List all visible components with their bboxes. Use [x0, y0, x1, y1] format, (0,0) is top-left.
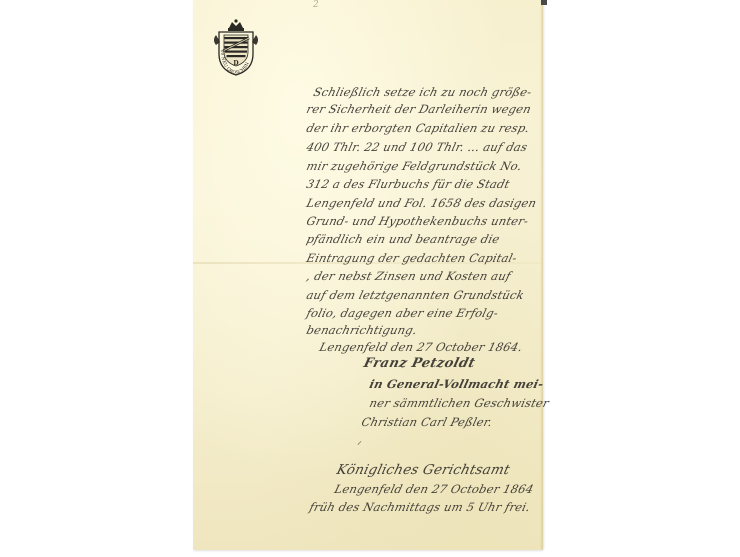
signature: Franz Petzoldt — [362, 356, 477, 371]
body-line: pfändlich ein und beantrage die — [305, 232, 501, 246]
closing-date: Lengenfeld den 27 October 1864 — [333, 482, 535, 496]
body-line: 400 Thlr. 22 und 100 Thlr. ... auf das — [305, 140, 529, 154]
body-line: mir zugehörige Feldgrundstück No. — [305, 159, 523, 173]
body-line: benachrichtigung. — [305, 323, 419, 337]
body-line: Schließlich setze ich zu noch größe- — [312, 85, 533, 99]
body-line: Grund- und Hypothekenbuchs unter- — [305, 214, 530, 228]
signature-note: ner sämmtlichen Geschwister — [368, 396, 551, 410]
handwritten-text: Schließlich setze ich zu noch größe- rer… — [0, 0, 740, 557]
closing-time: früh des Nachmittags um 5 Uhr frei. — [308, 500, 532, 514]
date-line: Lengenfeld den 27 October 1864. — [318, 340, 524, 354]
body-line: rer Sicherheit der Darleiherin wegen — [305, 102, 533, 116]
body-line: folio, dagegen aber eine Erfolg- — [305, 306, 500, 320]
signature-note: in General-Vollmacht mei- — [368, 377, 545, 391]
separator-mark: ⸝ — [357, 433, 362, 447]
scan-canvas: 2 D 10 NEU GROSCHEN Schließlich setze ic… — [0, 0, 740, 557]
closing-title: Königliches Gerichtsamt — [335, 462, 512, 478]
body-line: , der nebst Zinsen und Kosten auf — [305, 269, 512, 283]
signature-note: Christian Carl Peßler. — [360, 415, 494, 429]
body-line: Eintragung der gedachten Capital- — [305, 251, 519, 265]
body-line: 312 a des Flurbuchs für die Stadt — [305, 177, 511, 191]
body-line: der ihr erborgten Capitalien zu resp. — [305, 121, 531, 135]
body-line: Lengenfeld und Fol. 1658 des dasigen — [305, 196, 538, 210]
body-line: auf dem letztgenannten Grundstück — [305, 288, 526, 302]
